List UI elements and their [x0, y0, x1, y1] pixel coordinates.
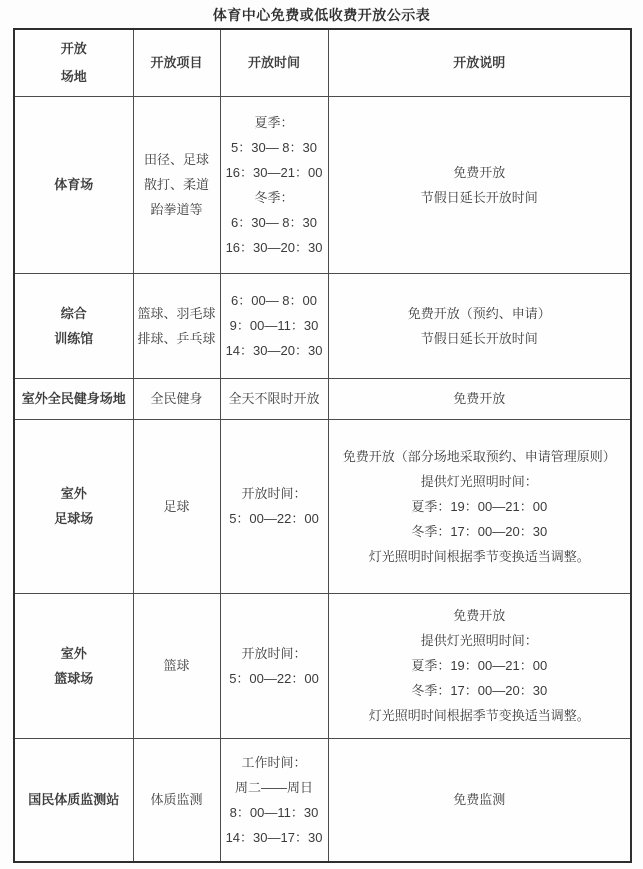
table-row: 国民体质监测站 体质监测 工作时间： 周二——周日 8：00—11：30 14：…	[14, 738, 631, 862]
time-cell: 6：00— 8：00 9：00—11：30 14：30—20：30	[220, 273, 328, 378]
header-time: 开放时间	[220, 29, 328, 96]
header-venue: 开放 场地	[14, 29, 133, 96]
page-title: 体育中心免费或低收费开放公示表	[0, 0, 643, 24]
program-cell: 篮球、羽毛球 排球、乒乓球	[133, 273, 220, 378]
time-cell: 工作时间： 周二——周日 8：00—11：30 14：30—17：30	[220, 738, 328, 862]
table-header-row: 开放 场地 开放项目 开放时间 开放说明	[14, 29, 631, 96]
program-cell: 体质监测	[133, 738, 220, 862]
time-cell: 开放时间： 5：00—22：00	[220, 593, 328, 738]
program-cell: 篮球	[133, 593, 220, 738]
header-program: 开放项目	[133, 29, 220, 96]
table-row: 室外全民健身场地 全民健身 全天不限时开放 免费开放	[14, 378, 631, 419]
venue-cell: 室外全民健身场地	[14, 378, 133, 419]
note-cell: 免费开放（部分场地采取预约、申请管理原则） 提供灯光照明时间： 夏季：19：00…	[328, 419, 631, 593]
header-note: 开放说明	[328, 29, 631, 96]
table-row: 室外 足球场 足球 开放时间： 5：00—22：00 免费开放（部分场地采取预约…	[14, 419, 631, 593]
time-cell: 全天不限时开放	[220, 378, 328, 419]
note-cell: 免费监测	[328, 738, 631, 862]
note-cell: 免费开放 节假日延长开放时间	[328, 96, 631, 273]
note-cell: 免费开放	[328, 378, 631, 419]
opening-hours-table: 开放 场地 开放项目 开放时间 开放说明 体育场 田径、足球 散打、柔道 跆拳道…	[13, 28, 632, 863]
note-cell: 免费开放 提供灯光照明时间： 夏季：19：00—21：00 冬季：17：00—2…	[328, 593, 631, 738]
venue-cell: 室外 篮球场	[14, 593, 133, 738]
program-cell: 足球	[133, 419, 220, 593]
table-row: 体育场 田径、足球 散打、柔道 跆拳道等 夏季： 5：30— 8：30 16：3…	[14, 96, 631, 273]
notice-page: { "page": { "title": "体育中心免费或低收费开放公示表" }…	[0, 0, 643, 869]
program-cell: 田径、足球 散打、柔道 跆拳道等	[133, 96, 220, 273]
note-cell: 免费开放（预约、申请） 节假日延长开放时间	[328, 273, 631, 378]
venue-cell: 综合 训练馆	[14, 273, 133, 378]
time-cell: 开放时间： 5：00—22：00	[220, 419, 328, 593]
venue-cell: 体育场	[14, 96, 133, 273]
time-cell: 夏季： 5：30— 8：30 16：30—21：00 冬季： 6：30— 8：3…	[220, 96, 328, 273]
table-row: 室外 篮球场 篮球 开放时间： 5：00—22：00 免费开放 提供灯光照明时间…	[14, 593, 631, 738]
program-cell: 全民健身	[133, 378, 220, 419]
venue-cell: 室外 足球场	[14, 419, 133, 593]
table-row: 综合 训练馆 篮球、羽毛球 排球、乒乓球 6：00— 8：00 9：00—11：…	[14, 273, 631, 378]
venue-cell: 国民体质监测站	[14, 738, 133, 862]
